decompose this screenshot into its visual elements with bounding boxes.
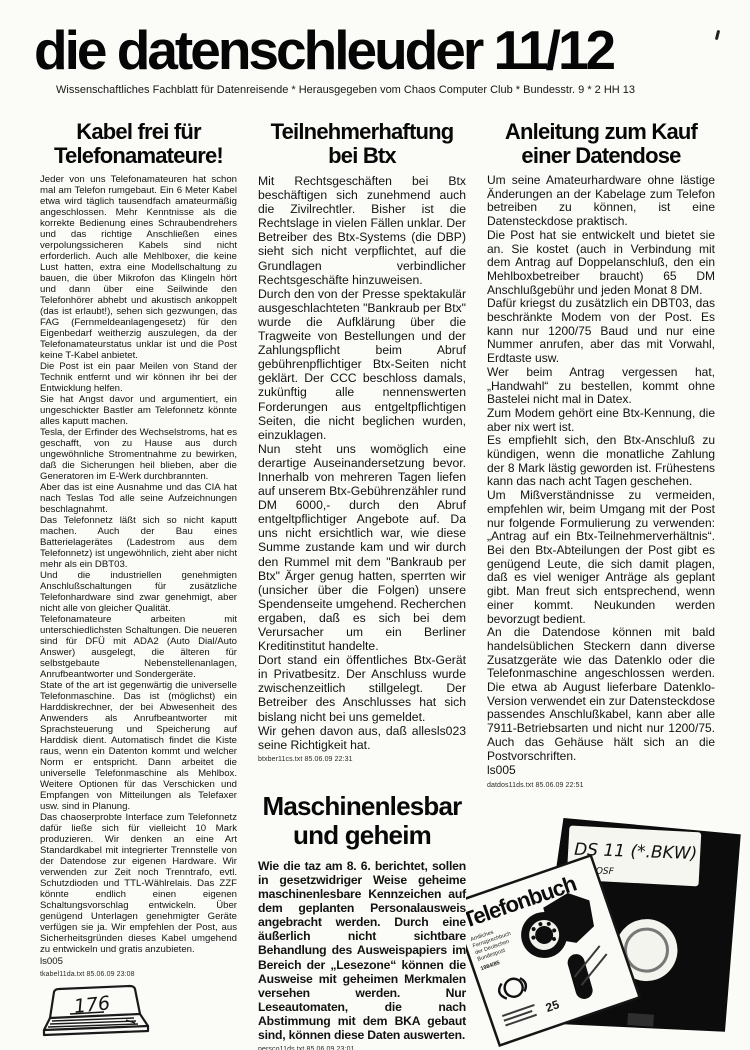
- paragraph: Wie die taz am 8. 6. berichtet, sollen i…: [258, 859, 466, 1042]
- article-datendose: Anleitung zum Kauf einer Datendose Um se…: [487, 120, 715, 792]
- author-sig: ls005: [40, 956, 237, 967]
- paragraph: Das Telefonnetz läßt sich so nicht kaput…: [40, 515, 237, 570]
- article-btx: Teilnehmerhaftung bei Btx Mit Rechtsgesc…: [258, 120, 466, 764]
- paragraph: Um Mißverständnisse zu vermeiden, empfeh…: [487, 489, 715, 626]
- author-sig: ls023: [437, 724, 466, 738]
- file-note: datdos11ds.txt 85.06.09 22:51: [487, 781, 715, 790]
- paragraph: Dafür kriegst du zusätzlich ein DBT03, d…: [487, 297, 715, 366]
- paragraph: Zum Modem gehört eine Btx-Kennung, die a…: [487, 407, 715, 434]
- page-number-sketch: 176: [38, 984, 173, 1050]
- paragraph: Tesla, der Erfinder des Wechselstroms, h…: [40, 427, 237, 482]
- article-title: Teilnehmerhaftung bei Btx: [258, 120, 466, 168]
- paragraph: Das chaoserprobte Interface zum Telefonn…: [40, 812, 237, 955]
- paragraph: Mit Rechtsgeschäften bei Btx beschäftige…: [258, 174, 466, 287]
- paragraph: Aber das ist eine Ausnahme und das CIA h…: [40, 482, 237, 515]
- newsletter-page: die datenschleuder 11/12 Wissenschaftlic…: [0, 0, 750, 1050]
- paragraph: Wer beim Antrag vergessen hat, „Handwahl…: [487, 366, 715, 407]
- article-title: Kabel frei für Telefonamateure!: [40, 120, 237, 168]
- article-maschinenlesbar: Maschinenlesbar und geheim Wie die taz a…: [258, 792, 466, 1050]
- file-note: btxber11cs.txt 85.06.09 22:31: [258, 755, 466, 764]
- floppy-photo-graphic: DS 11 (*.BKW) MSDOSF Telefonbuch Amtlich…: [466, 818, 741, 1050]
- paragraph: Telefonamateure arbeiten mit unterschied…: [40, 614, 237, 680]
- file-note: persco11ds.txt 85.06.09 23:01: [258, 1045, 466, 1050]
- column-2: Teilnehmerhaftung bei Btx Mit Rechtsgesc…: [258, 120, 466, 1050]
- paragraph: An die Datendose können mit bald handels…: [487, 626, 715, 763]
- paragraph: Und die industriellen genehmigten Anschl…: [40, 570, 237, 614]
- masthead-subtitle: Wissenschaftliches Fachblatt für Datenre…: [56, 84, 696, 96]
- paragraph: Um seine Amateurhardware ohne lästige Än…: [487, 174, 715, 229]
- computer-sketch-icon: 176: [38, 984, 173, 1050]
- paragraph: Die Post hat sie entwickelt und bietet s…: [487, 229, 715, 298]
- floppy-photo: DS 11 (*.BKW) MSDOSF Telefonbuch Amtlich…: [466, 818, 741, 1050]
- article-title: Maschinenlesbar und geheim: [258, 792, 466, 850]
- paragraph: Die Post ist ein paar Meilen von Stand d…: [40, 361, 237, 394]
- paragraph: ls023Wir gehen davon aus, daß alles sein…: [258, 724, 466, 752]
- paragraph: Durch den von der Presse spektakulär aus…: [258, 287, 466, 442]
- paragraph: State of the art ist gegenwärtig die uni…: [40, 680, 237, 812]
- paragraph: Jeder von uns Telefonamateuren hat schon…: [40, 174, 237, 361]
- article-kabel: Kabel frei für Telefonamateure! Jeder vo…: [40, 120, 237, 981]
- article-title: Anleitung zum Kauf einer Datendose: [487, 120, 715, 168]
- paragraph: Nun steht uns womöglich eine derartige A…: [258, 442, 466, 653]
- file-note: tkabel11da.txt 85.06.09 23:08: [40, 970, 237, 979]
- paragraph: Sie hat Angst davor und argumentiert, ei…: [40, 394, 237, 427]
- author-sig: ls005: [487, 764, 715, 778]
- paragraph: Es empfiehlt sich, den Btx-Anschluß zu k…: [487, 434, 715, 489]
- paragraph: Dort stand ein öffentliches Btx-Gerät in…: [258, 653, 466, 723]
- masthead-title: die datenschleuder 11/12: [34, 18, 734, 82]
